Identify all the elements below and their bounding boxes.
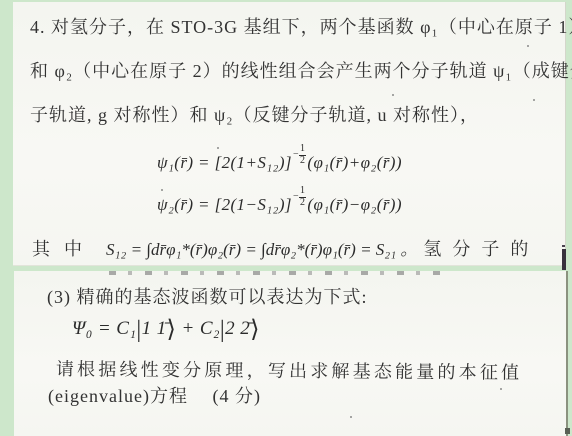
psi2-exponent-denominator: 2 <box>300 198 305 209</box>
psi2-exponent-numerator: 1 <box>299 186 306 198</box>
scan-speck <box>533 99 535 101</box>
cutoff-text-remnant <box>109 271 449 275</box>
question3-instruction-line: 请根据线性变分原理，写出求解基态能量的本征值 <box>56 355 523 385</box>
question3-eigenvalue-line: (eigenvalue)方程 (4 分) <box>48 382 261 408</box>
s12-overlap-integral: S₁₂ = ∫dr̄φ₁*(r̄)φ₂(r̄) = ∫dr̄φ₂*(r̄)φ₁(… <box>106 240 417 259</box>
s12-suffix-text: 氢分子的 <box>423 239 539 259</box>
wavefunction-prefix: Ψ₀ = C₁ <box>72 318 136 339</box>
psi2-equation: ψ₂(r̄) = [2(1−S₁₂)]−12(φ₁(r̄)−φ₂(r̄)) <box>157 195 402 219</box>
ground-state-wavefunction-equation: Ψ₀ = C₁|1 1̄⟩ + C₂|2 2̄⟩ <box>72 315 260 344</box>
right-edge-ink-mark <box>562 249 566 270</box>
ket2-close-angle: ⟩ <box>250 317 260 343</box>
question3-intro-line: (3) 精确的基态波函数可以表达为下式: <box>47 283 368 309</box>
question4-text-line2: 和 φ₂（中心在原子 2）的线性组合会产生两个分子轨道 ψ₁（成键分 <box>30 57 572 83</box>
psi2-equation-rhs: (φ₁(r̄)−φ₂(r̄)) <box>307 195 402 214</box>
psi2-equation-lhs: ψ₂(r̄) = [2(1−S₁₂)] <box>157 195 292 214</box>
question4-text-line1: 4. 对氢分子，在 STO-3G 基组下，两个基函数 φ₁（中心在原子 1） <box>30 13 572 39</box>
scan-speck <box>500 388 502 390</box>
psi1-exponent-denominator: 2 <box>300 156 305 167</box>
ket1-body: 1 1̄ <box>142 318 167 339</box>
psi1-equation: ψ₁(r̄) = [2(1+S₁₂)]−12(φ₁(r̄)+φ₂(r̄)) <box>157 153 402 177</box>
question4-text-line3: 子轨道, g 对称性）和 ψ₂（反键分子轨道, u 对称性）， <box>30 101 479 127</box>
ket1-close-angle: ⟩ <box>167 317 177 343</box>
scan-speck <box>392 94 394 96</box>
wavefunction-infix: + C₂ <box>176 318 220 339</box>
bottom-right-ink-mark <box>565 428 570 434</box>
scan-speck <box>527 45 529 47</box>
scan-speck <box>217 147 219 149</box>
psi1-exponent: −12 <box>293 144 306 166</box>
psi1-exponent-numerator: 1 <box>299 144 306 156</box>
psi1-equation-lhs: ψ₁(r̄) = [2(1+S₁₂)] <box>157 153 292 172</box>
psi2-exponent-fraction: 12 <box>299 186 306 208</box>
psi1-equation-rhs: (φ₁(r̄)+φ₂(r̄)) <box>307 153 402 172</box>
scanned-exam-page: 4. 对氢分子，在 STO-3G 基组下，两个基函数 φ₁（中心在原子 1） 和… <box>0 0 572 436</box>
scan-fragment-question4: 4. 对氢分子，在 STO-3G 基组下，两个基函数 φ₁（中心在原子 1） 和… <box>13 2 566 266</box>
scan-fragment-question3: (3) 精确的基态波函数可以表达为下式: Ψ₀ = C₁|1 1̄⟩ + C₂|… <box>14 271 568 436</box>
scan-speck <box>350 416 352 418</box>
psi1-exponent-fraction: 12 <box>299 144 306 166</box>
ket2-body: 2 2̄ <box>225 318 250 339</box>
s12-definition-line: 其中S₁₂ = ∫dr̄φ₁*(r̄)φ₂(r̄) = ∫dr̄φ₂*(r̄)φ… <box>32 235 539 261</box>
psi2-exponent: −12 <box>293 186 306 208</box>
scan-speck <box>161 189 163 191</box>
s12-prefix-text: 其中 <box>32 239 96 259</box>
